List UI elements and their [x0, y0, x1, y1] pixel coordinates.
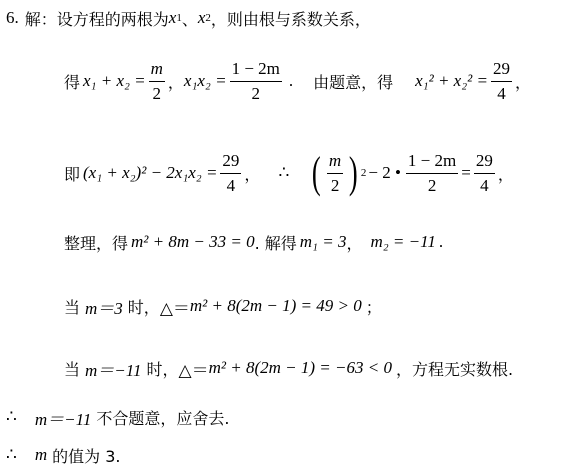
fraction-product: 1 − 2m 2 — [406, 150, 458, 197]
left-paren: ( — [312, 151, 321, 195]
line-6: 当 m＝−11 时， △＝ m² + 8(2m − 1) = −63 < 0 ，… — [64, 354, 513, 382]
fraction-product: 1 − 2m 2 — [230, 58, 282, 105]
therefore-symbol: ∴ — [278, 163, 289, 183]
therefore-symbol: ∴ — [6, 445, 17, 465]
time-text: 时， — [128, 295, 160, 318]
line-7: ∴ m＝−11 不合题意，应舍去. — [6, 403, 229, 431]
problem-number: 6. — [6, 8, 19, 28]
root-m2: m₂ = −11 — [370, 232, 435, 252]
right-paren: ) — [349, 151, 358, 195]
separator: 、 — [182, 7, 198, 30]
numerator: 29 — [491, 58, 512, 82]
root-m1: m₁ = 3 — [300, 232, 347, 252]
minus-two-dot: − 2 • — [368, 163, 401, 183]
denominator: 2 — [153, 82, 162, 105]
no-real-roots-text: ，方程无实数根. — [396, 357, 513, 380]
condition-m-3: m＝3 — [85, 294, 123, 319]
reject-text: 不合题意，应舍去. — [96, 406, 229, 429]
denominator: 2 — [331, 174, 340, 197]
discriminant-expression: m² + 8(2m − 1) = −63 < 0 — [209, 358, 392, 378]
equals: = — [461, 163, 471, 183]
comma: ， — [498, 162, 514, 185]
product-lhs: x₁x₂ = — [184, 71, 227, 91]
line-3: 即 (x₁ + x₂)² − 2x₁x₂ = 29 4 ， ∴ ( m 2 ) … — [64, 145, 514, 201]
solution-label: 解： — [25, 7, 57, 30]
discriminant-expression: m² + 8(2m − 1) = 49 > 0 — [190, 296, 362, 316]
time-text: 时， — [147, 357, 179, 380]
numerator: 1 − 2m — [406, 150, 458, 174]
denominator: 4 — [480, 174, 489, 197]
line-8: ∴ m 的值为 3. — [6, 441, 120, 469]
condition-m-neg11: m＝−11 — [35, 405, 92, 430]
var-x2: x — [198, 8, 206, 28]
period: . — [289, 71, 293, 91]
exponent: 2 — [361, 167, 367, 179]
comma: ， — [168, 70, 184, 93]
line-5: 当 m＝3 时， △＝ m² + 8(2m − 1) = 49 > 0 ； — [64, 292, 382, 320]
paren-m-over-2-squared: ( m 2 ) 2 — [309, 150, 366, 197]
fraction-29-over-4: 29 4 — [220, 150, 241, 197]
numerator: m — [327, 150, 343, 174]
prefix: 得 — [64, 70, 80, 93]
when-text: 当 — [64, 295, 80, 318]
prefix: 即 — [64, 162, 80, 185]
vieta-text: ，则由根与系数关系， — [211, 7, 371, 30]
numerator: 29 — [220, 150, 241, 174]
fraction-m-over-2: m 2 — [327, 150, 343, 197]
line-2: 得 x₁ + x₂ = m 2 ， x₁x₂ = 1 − 2m 2 . 由题意，… — [64, 56, 531, 106]
when-text: 当 — [64, 357, 80, 380]
numerator: 1 − 2m — [230, 58, 282, 82]
simplify-text: 整理，得 — [64, 231, 128, 254]
denominator: 4 — [227, 174, 236, 197]
numerator: m — [149, 58, 165, 82]
fraction-29-over-4-rhs: 29 4 — [474, 150, 495, 197]
line-4: 整理，得 m² + 8m − 33 = 0 . 解得 m₁ = 3 ， m₂ =… — [64, 228, 443, 256]
numerator: 29 — [474, 150, 495, 174]
identity-expression: (x₁ + x₂)² − 2x₁x₂ = — [83, 163, 217, 183]
condition-m-neg11: m＝−11 — [85, 356, 142, 381]
conclusion-text: 的值为 3. — [52, 444, 120, 467]
solve-text: . 解得 — [255, 231, 297, 254]
period: . — [439, 232, 443, 252]
sum-lhs: x₁ + x₂ = — [83, 71, 146, 91]
comma: ， — [346, 231, 362, 254]
var-x1: x — [169, 8, 177, 28]
therefore-symbol: ∴ — [6, 407, 17, 427]
denominator: 4 — [497, 82, 506, 105]
quadratic-equation: m² + 8m − 33 = 0 — [131, 232, 255, 252]
denominator: 2 — [428, 174, 437, 197]
fraction-m-over-2: m 2 — [149, 58, 165, 105]
line-1: 6. 解： 设方程的两根为 x1 、 x2 ，则由根与系数关系， — [6, 4, 371, 32]
comma: ， — [515, 70, 531, 93]
intro-text: 设方程的两根为 — [57, 7, 169, 30]
semicolon: ； — [366, 295, 382, 318]
fraction-29-over-4: 29 4 — [491, 58, 512, 105]
var-m: m — [35, 445, 47, 465]
condition-text: 由题意，得 — [313, 70, 393, 93]
comma: ， — [244, 162, 260, 185]
sum-of-squares-lhs: x₁² + x₂² = — [415, 71, 488, 91]
delta-symbol: △＝ — [160, 294, 190, 319]
denominator: 2 — [251, 82, 260, 105]
delta-symbol: △＝ — [179, 356, 209, 381]
